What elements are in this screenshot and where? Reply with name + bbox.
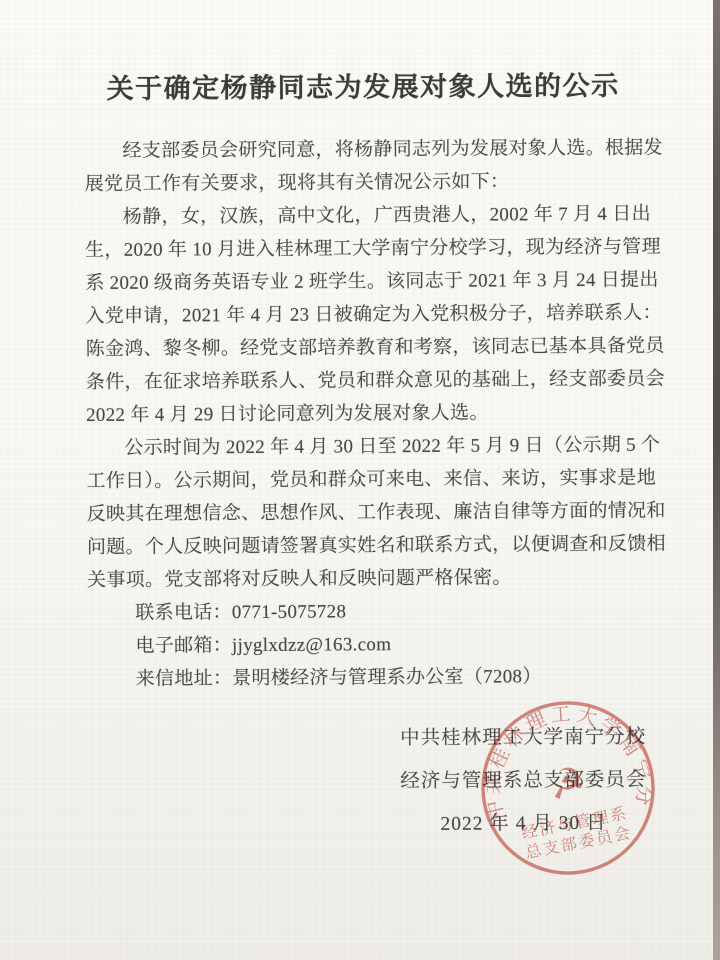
body-line-10: 公示时间为 2022 年 4 月 30 日至 2022 年 5 月 9 日（公示… bbox=[86, 429, 644, 465]
body-line-2: 展党员工作有关要求，现将其有关情况公示如下： bbox=[85, 165, 643, 201]
body-line-13: 问题。个人反映问题请签署真实姓名和联系方式，以便调查和反馈相 bbox=[87, 528, 645, 564]
body-line-4: 生，2020 年 10 月进入桂林理工大学南宁分校学习，现为经济与管理 bbox=[85, 231, 643, 267]
body-line-3: 杨静，女，汉族，高中文化，广西贵港人，2002 年 7 月 4 日出 bbox=[85, 198, 643, 234]
signature-org-line2: 经济与管理系总支部委员会 bbox=[88, 759, 646, 805]
signature-block: 中共桂林理工大学南宁分校 经济与管理系总支部委员会 2022 年 4 月 30 … bbox=[88, 716, 647, 848]
body-line-5: 系 2020 级商务英语专业 2 班学生。该同志于 2021 年 3 月 24 … bbox=[85, 264, 643, 300]
contact-phone-line: 联系电话：0771-5075728 bbox=[87, 594, 645, 630]
scan-edge-shadow bbox=[713, 0, 720, 960]
signature-date: 2022 年 4 月 30 日 bbox=[88, 802, 646, 848]
notice-content: 关于确定杨静同志为发展对象人选的公示 经支部委员会研究同意，将杨静同志列为发展对… bbox=[84, 69, 647, 848]
body-line-7: 陈金鸿、黎冬柳。经党支部培养教育和考察，该同志已基本具备党员 bbox=[86, 330, 644, 366]
body-line-14: 关事项。党支部将对反映人和反映问题严格保密。 bbox=[87, 561, 645, 597]
signature-org-line1: 中共桂林理工大学南宁分校 bbox=[88, 716, 646, 762]
contact-address-line: 来信地址：景明楼经济与管理系办公室（7208） bbox=[88, 660, 646, 696]
scanned-notice-page: 关于确定杨静同志为发展对象人选的公示 经支部委员会研究同意，将杨静同志列为发展对… bbox=[0, 0, 720, 960]
body-line-8: 条件，在征求培养联系人、党员和群众意见的基础上，经支部委员会 bbox=[86, 363, 644, 399]
body-line-12: 反映其在理想信念、思想作风、工作表现、廉洁自律等方面的情况和 bbox=[87, 495, 645, 531]
contact-email-line: 电子邮箱：jjyglxdzz@163.com bbox=[87, 627, 645, 663]
body-line-6: 入党申请，2021 年 4 月 23 日被确定为入党积极分子，培养联系人： bbox=[85, 297, 643, 333]
body-line-9: 2022 年 4 月 29 日讨论同意列为发展对象人选。 bbox=[86, 396, 644, 432]
body-line-1: 经支部委员会研究同意，将杨静同志列为发展对象人选。根据发 bbox=[84, 132, 642, 168]
notice-title: 关于确定杨静同志为发展对象人选的公示 bbox=[84, 69, 642, 106]
body-line-11: 工作日）。公示期间，党员和群众可来电、来信、来访，实事求是地 bbox=[86, 462, 644, 498]
